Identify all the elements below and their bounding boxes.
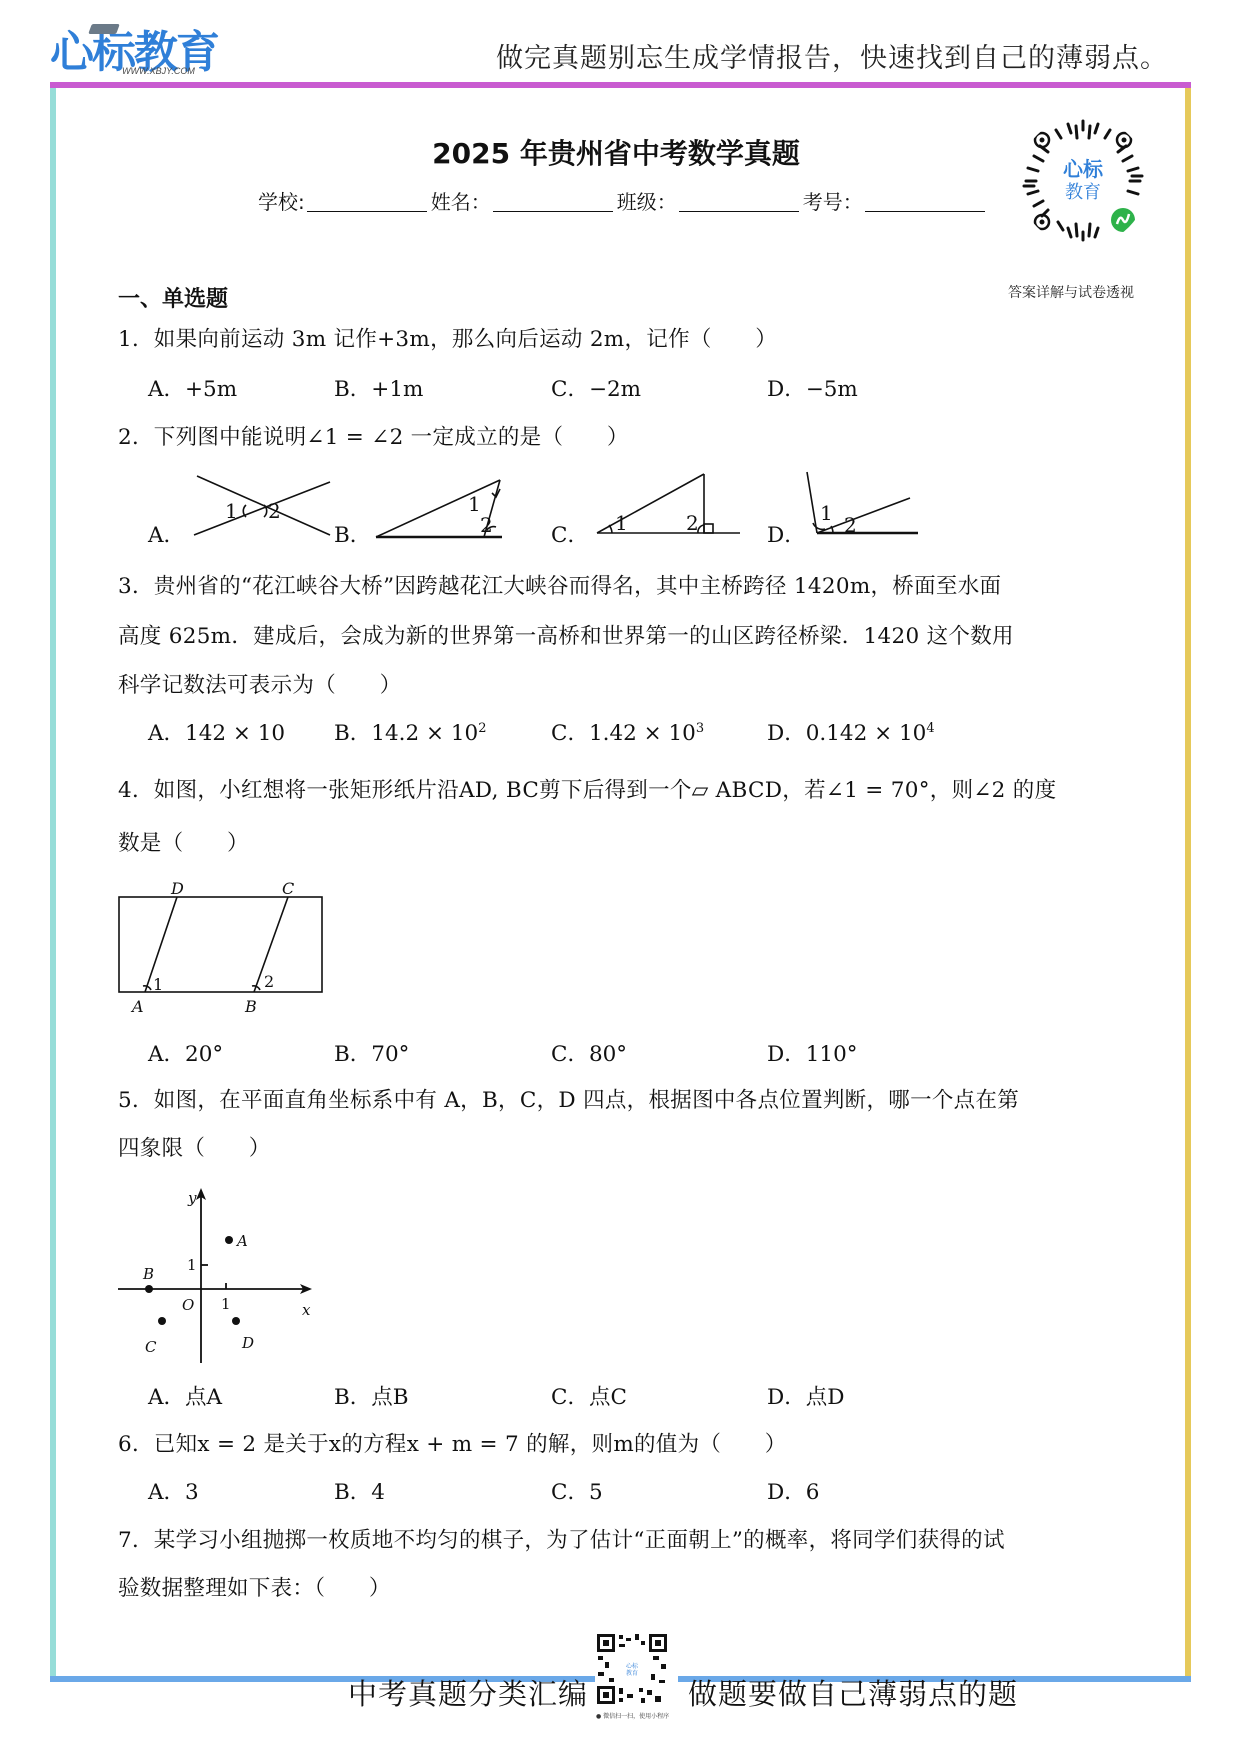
question-5-stem-line-1: 5．如图，在平面直角坐标系中有 A，B，C，D 四点，根据图中各点位置判断，哪一… bbox=[118, 1083, 1019, 1114]
question-3-stem-line-2: 高度 625m．建成后，会成为新的世界第一高桥和世界第一的山区跨径桥梁．1420… bbox=[118, 619, 1014, 650]
question-6-option-c[interactable]: C．5 bbox=[551, 1475, 603, 1506]
svg-text:心标: 心标 bbox=[626, 1662, 639, 1670]
question-4-stem-line-2: 数是（ ） bbox=[118, 826, 249, 857]
svg-text:1: 1 bbox=[221, 1295, 231, 1313]
school-label: 学校: bbox=[258, 186, 305, 215]
question-5-option-c[interactable]: C．点C bbox=[551, 1380, 627, 1411]
exam-number-field[interactable] bbox=[865, 191, 985, 212]
class-field[interactable] bbox=[679, 191, 799, 212]
question-2-stem: 2．下列图中能说明∠1 = ∠2 一定成立的是（ ） bbox=[118, 420, 629, 451]
name-field[interactable] bbox=[493, 191, 613, 212]
frame-top-border bbox=[50, 82, 1191, 88]
svg-text:2: 2 bbox=[686, 511, 699, 535]
question-5-option-d[interactable]: D．点D bbox=[767, 1380, 844, 1411]
question-4-option-d[interactable]: D．110° bbox=[767, 1037, 858, 1068]
svg-text:2: 2 bbox=[844, 513, 857, 537]
svg-text:1: 1 bbox=[468, 492, 481, 516]
header-slogan: 做完真题别忘生成学情报告，快速找到自己的薄弱点。 bbox=[496, 36, 1168, 75]
exam-number-label: 考号： bbox=[803, 186, 863, 215]
svg-text:A: A bbox=[235, 1232, 248, 1250]
svg-text:1: 1 bbox=[225, 499, 238, 523]
question-6-stem: 6．已知x = 2 是关于x的方程x + m = 7 的解，则m的值为（ ） bbox=[118, 1427, 787, 1458]
question-3-option-d[interactable]: D．0.142 × 104 bbox=[767, 716, 935, 747]
svg-text:教育: 教育 bbox=[626, 1669, 638, 1677]
question-3-stem-line-1: 3．贵州省的“花江峡谷大桥”因跨越花江大峡谷而得名，其中主桥跨径 1420m，桥… bbox=[118, 569, 1001, 600]
question-4-option-c[interactable]: C．80° bbox=[551, 1037, 627, 1068]
question-4-figure-parallelogram: D C A B 1 2 bbox=[100, 870, 340, 1020]
footer-qr-caption: ● 微信扫一扫，使用小程序 bbox=[596, 1711, 669, 1720]
qr-caption: 答案详解与试卷透视 bbox=[1008, 282, 1134, 302]
question-4-option-a[interactable]: A．20° bbox=[148, 1037, 223, 1068]
question-2-figures: 1 2 1 2 1 2 1 2 bbox=[150, 460, 950, 540]
svg-text:2: 2 bbox=[268, 499, 281, 523]
svg-text:D: D bbox=[241, 1334, 254, 1352]
svg-text:O: O bbox=[182, 1296, 194, 1314]
section-title: 一、单选题 bbox=[118, 282, 228, 313]
svg-text:C: C bbox=[282, 879, 294, 898]
footer-qr-code[interactable]: 心标 教育 bbox=[595, 1632, 669, 1706]
frame-left-border bbox=[50, 88, 56, 1682]
mini-program-qr-code[interactable]: 心标 教育 bbox=[1018, 116, 1148, 246]
footer-right-text: 做题要做自己薄弱点的题 bbox=[688, 1672, 1018, 1713]
question-5-option-a[interactable]: A．点A bbox=[148, 1380, 222, 1411]
svg-text:2: 2 bbox=[480, 513, 493, 537]
svg-text:1: 1 bbox=[187, 1256, 197, 1274]
svg-text:B: B bbox=[244, 997, 257, 1016]
question-1-option-d[interactable]: D．−5m bbox=[767, 372, 858, 403]
question-1-stem: 1．如果向前运动 3m 记作+3m，那么向后运动 2m，记作（ ） bbox=[118, 322, 777, 353]
svg-text:1: 1 bbox=[820, 501, 833, 525]
frame-right-border bbox=[1185, 88, 1191, 1682]
svg-text:1: 1 bbox=[615, 511, 628, 535]
svg-text:y: y bbox=[187, 1189, 197, 1207]
svg-text:教育: 教育 bbox=[1065, 182, 1101, 203]
question-4-stem-line-1: 4．如图，小红想将一张矩形纸片沿AD, BC剪下后得到一个▱ ABCD，若∠1 … bbox=[118, 773, 1056, 804]
svg-text:2: 2 bbox=[264, 972, 274, 991]
question-4-option-b[interactable]: B．70° bbox=[334, 1037, 409, 1068]
svg-text:D: D bbox=[170, 879, 184, 898]
svg-text:1: 1 bbox=[153, 975, 163, 994]
question-6-option-a[interactable]: A．3 bbox=[148, 1475, 199, 1506]
question-7-stem-line-1: 7．某学习小组抛掷一枚质地不均匀的棋子，为了估计“正面朝上”的概率，将同学们获得… bbox=[118, 1523, 1005, 1554]
question-3-stem-line-3: 科学记数法可表示为（ ） bbox=[118, 668, 401, 699]
question-1-option-b[interactable]: B．+1m bbox=[334, 372, 423, 403]
school-field[interactable] bbox=[307, 191, 427, 212]
svg-text:C: C bbox=[145, 1338, 157, 1356]
question-5-option-b[interactable]: B．点B bbox=[334, 1380, 409, 1411]
question-1-option-c[interactable]: C．−2m bbox=[551, 372, 641, 403]
class-label: 班级： bbox=[617, 186, 677, 215]
graduation-cap-icon bbox=[88, 24, 120, 34]
question-5-stem-line-2: 四象限（ ） bbox=[118, 1131, 271, 1162]
svg-text:心标: 心标 bbox=[1063, 157, 1104, 181]
svg-text:x: x bbox=[302, 1301, 311, 1319]
question-3-option-c[interactable]: C．1.42 × 103 bbox=[551, 716, 704, 747]
question-5-figure-coordinate-plane: y x O A B C D 1 1 bbox=[100, 1170, 340, 1370]
question-3-option-a[interactable]: A．142 × 10 bbox=[148, 716, 285, 747]
question-7-stem-line-2: 验数据整理如下表：（ ） bbox=[118, 1571, 391, 1602]
question-3-option-b[interactable]: B．14.2 × 102 bbox=[334, 716, 487, 747]
footer-left-text: 中考真题分类汇编 bbox=[348, 1672, 588, 1713]
question-1-option-a[interactable]: A．+5m bbox=[148, 372, 237, 403]
svg-text:B: B bbox=[142, 1265, 154, 1283]
svg-text:A: A bbox=[130, 997, 144, 1016]
question-6-option-d[interactable]: D．6 bbox=[767, 1475, 819, 1506]
question-6-option-b[interactable]: B．4 bbox=[334, 1475, 385, 1506]
name-label: 姓名： bbox=[431, 186, 491, 215]
brand-url: WWW.XBJY.COM bbox=[122, 66, 195, 76]
student-info-fields: 学校:姓名：班级：考号： bbox=[258, 186, 989, 215]
